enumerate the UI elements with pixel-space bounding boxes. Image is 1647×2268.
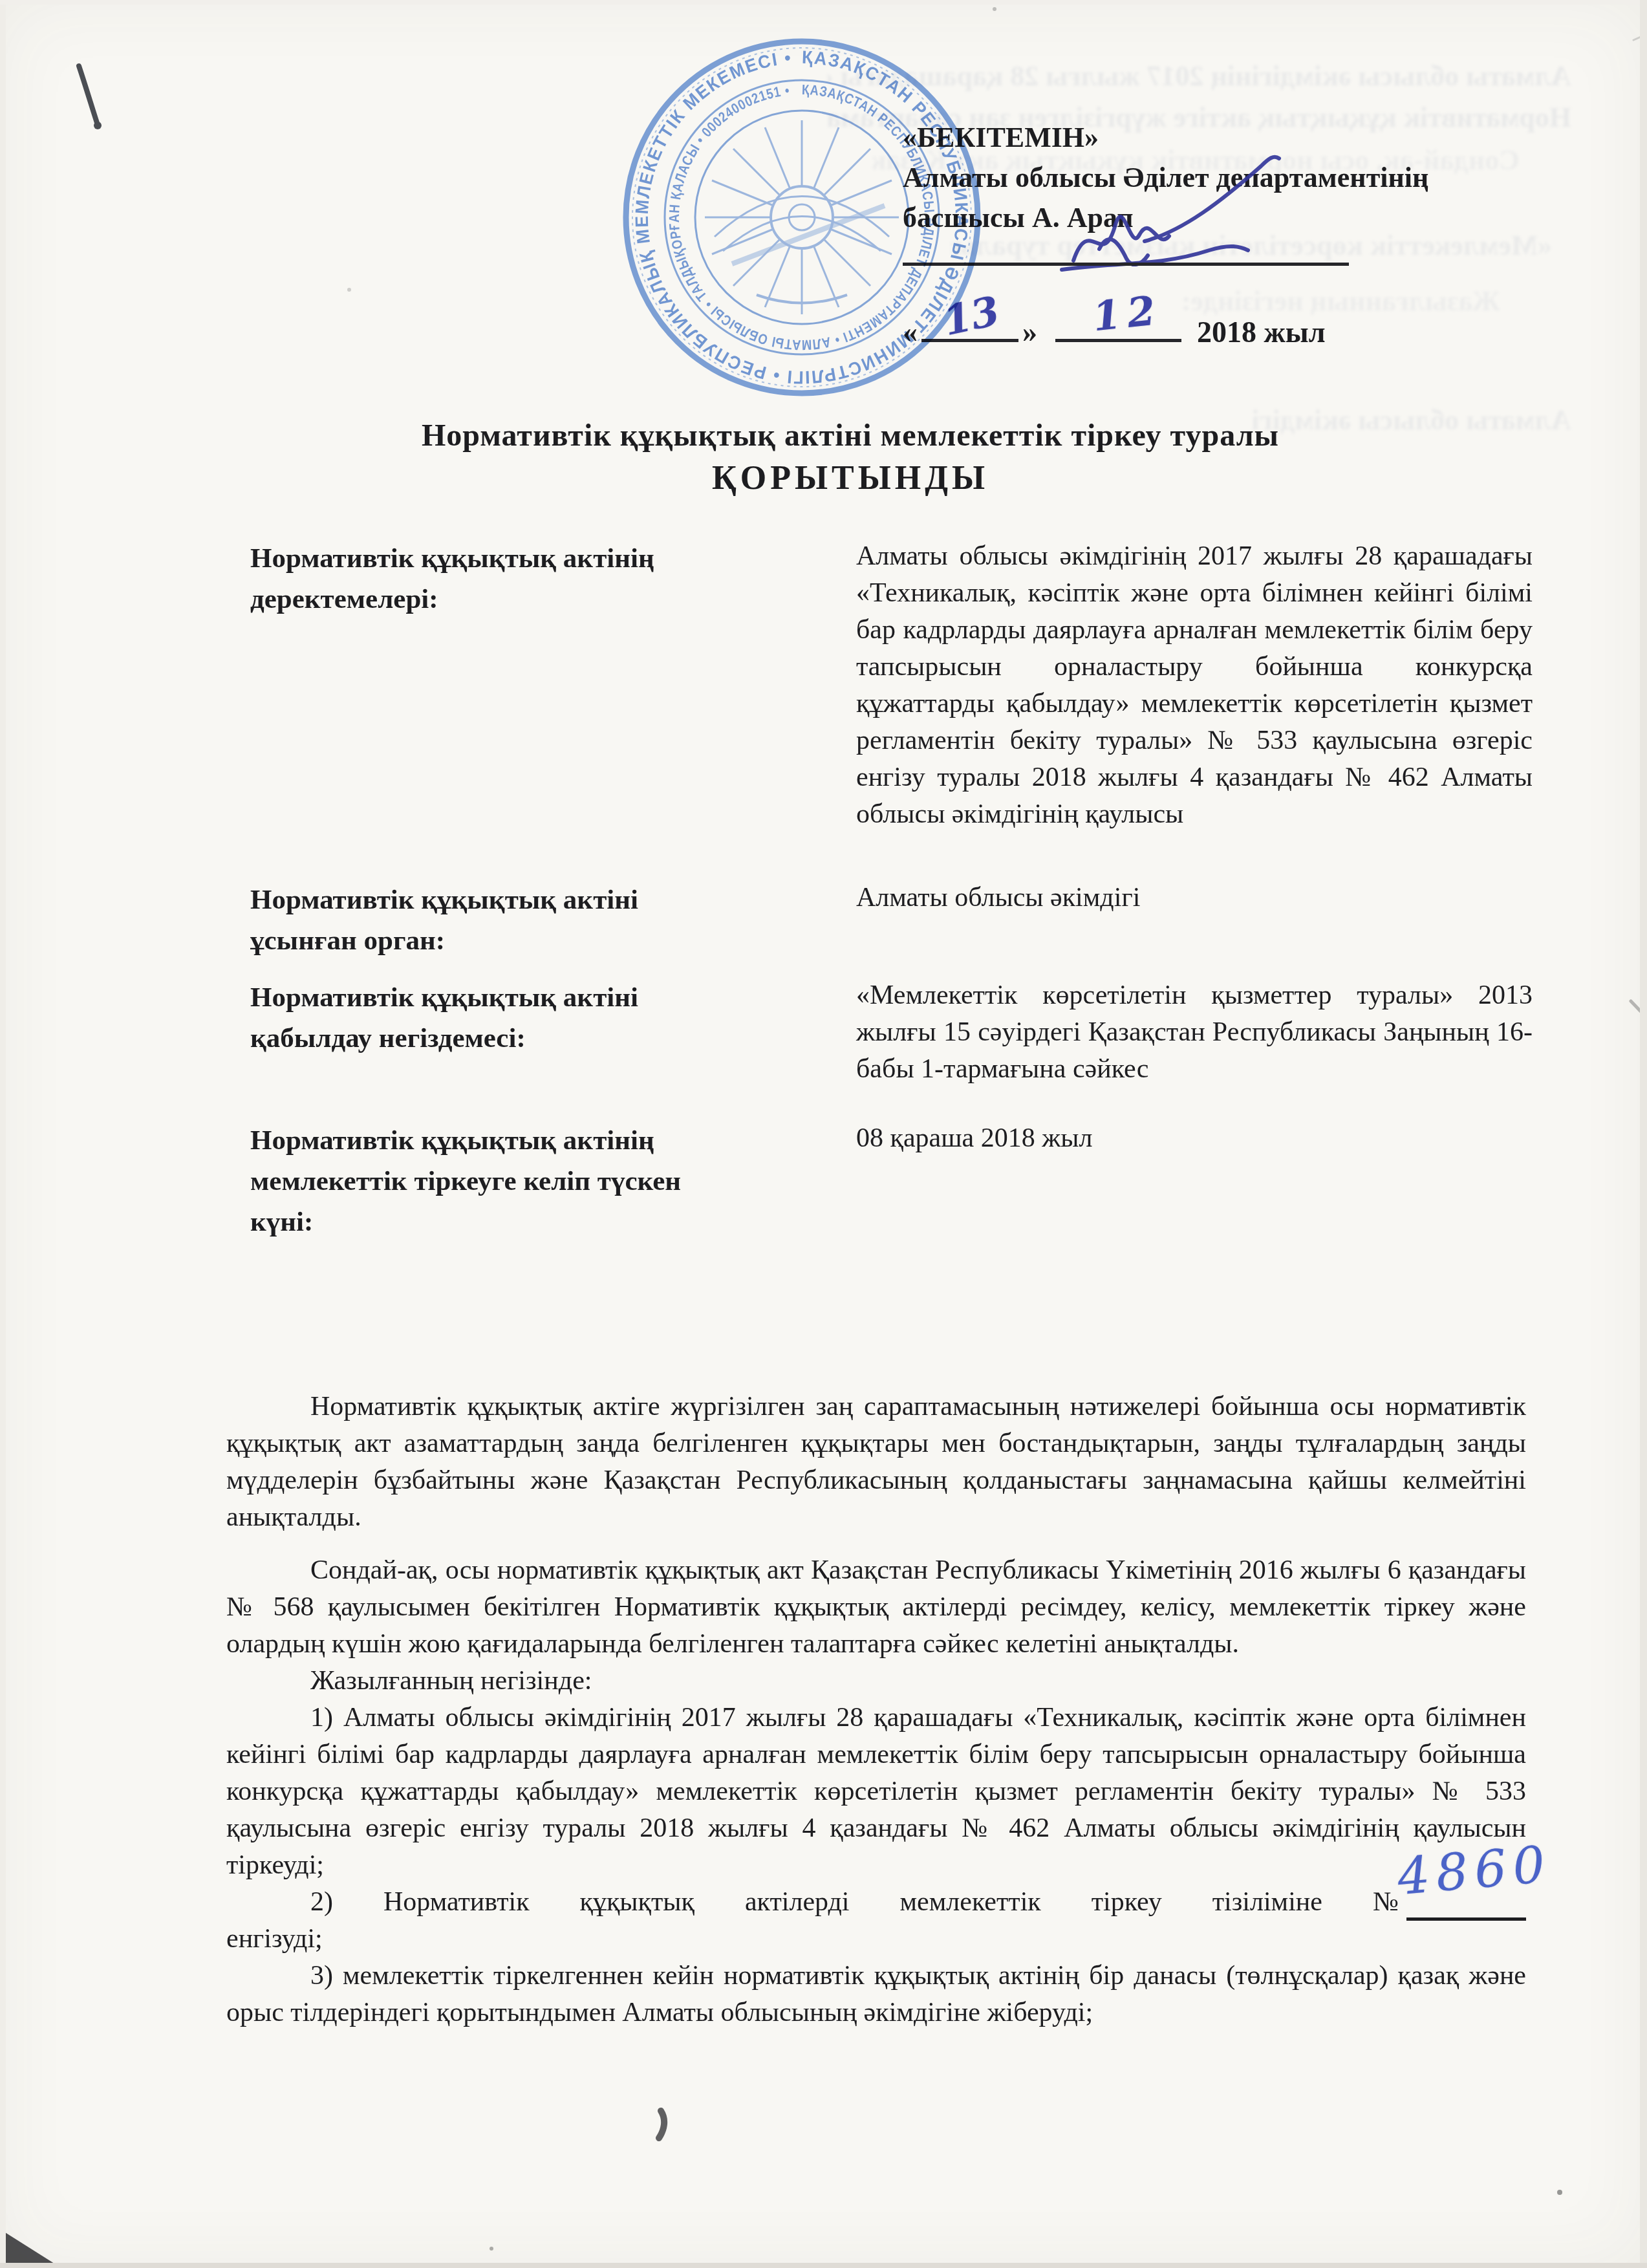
seal-emblem-icon bbox=[705, 120, 899, 314]
document-title-line1: Нормативтік құқықтық актіні мемлекеттік … bbox=[39, 417, 1647, 455]
row-label-line: күні: bbox=[250, 1202, 780, 1242]
scanner-edge bbox=[0, 0, 6, 2268]
date-month-blank: 12 bbox=[1055, 307, 1181, 342]
row-value: Алматы облысы әкімдігі bbox=[856, 880, 1533, 961]
scanner-edge bbox=[0, 0, 1647, 5]
paragraph: Сондай-ақ, осы нормативтік құқықтық акт … bbox=[226, 1552, 1526, 1663]
scanner-edge bbox=[1640, 0, 1647, 2268]
row-label-line: қабылдау негіздемесі: bbox=[250, 1018, 780, 1059]
row-value: Алматы облысы әкімдігінің 2017 жылғы 28 … bbox=[856, 538, 1533, 833]
paragraph: Нормативтік құқықтық актіге жүргізілген … bbox=[226, 1388, 1526, 1536]
row-label-line: мемлекеттік тіркеуге келіп түскен bbox=[250, 1161, 780, 1202]
row-label-line: Нормативтік құқықтық актінің bbox=[250, 538, 780, 579]
table-row: Нормативтік құқықтық актінің мемлекеттік… bbox=[250, 1120, 1533, 1242]
row-label-line: Нормативтік құқықтық актінің bbox=[250, 1120, 780, 1161]
registry-number-blank: 4860 bbox=[1406, 1884, 1526, 1921]
list-item-2-line: 2) Нормативтік құқықтық актілерді мемлек… bbox=[226, 1884, 1526, 1921]
document-title-line2: ҚОРЫТЫНДЫ bbox=[39, 460, 1647, 497]
row-value: 08 қараша 2018 жыл bbox=[856, 1120, 1533, 1242]
row-label: Нормативтік құқықтық актіні қабылдау нег… bbox=[250, 977, 780, 1088]
row-label-line: деректемелері: bbox=[250, 579, 780, 620]
row-label: Нормативтік құқықтық актіні ұсынған орга… bbox=[250, 880, 780, 961]
document-title: Нормативтік құқықтық актіні мемлекеттік … bbox=[39, 417, 1647, 497]
table-row: Нормативтік құқықтық актінің деректемеле… bbox=[250, 538, 1533, 833]
handwritten-month: 12 bbox=[1090, 286, 1163, 341]
table-row: Нормативтік құқықтық актіні қабылдау нег… bbox=[250, 977, 1533, 1088]
details-table: Нормативтік құқықтық актінің деректемеле… bbox=[250, 538, 1533, 1242]
scanner-edge bbox=[0, 2263, 1647, 2268]
date-quote-close: » bbox=[1022, 316, 1037, 349]
signature-scribble bbox=[989, 152, 1313, 291]
row-label: Нормативтік құқықтық актінің деректемеле… bbox=[250, 538, 780, 833]
date-year-label: 2018 жыл bbox=[1197, 316, 1326, 349]
scanned-legal-document-page: Алматы облысы әкімдігінің 2017 жылғы 28 … bbox=[0, 0, 1647, 2268]
list-item-1: 1) Алматы облысы әкімдігінің 2017 жылғы … bbox=[226, 1700, 1526, 1884]
list-item-2-suffix: енгізуді; bbox=[226, 1921, 1526, 1958]
row-label-line: Нормативтік құқықтық актіні bbox=[250, 977, 780, 1018]
row-label-line: Нормативтік құқықтық актіні bbox=[250, 880, 780, 920]
list-item-2-prefix: 2) Нормативтік құқықтық актілерді мемлек… bbox=[310, 1884, 1399, 1921]
document-body: Нормативтік құқықтық актіге жүргізілген … bbox=[226, 1388, 1526, 2031]
row-value: «Мемлекеттік көрсетілетін қызметтер тура… bbox=[856, 977, 1533, 1088]
row-label: Нормативтік құқықтық актінің мемлекеттік… bbox=[250, 1120, 780, 1242]
row-label-line: ұсынған орган: bbox=[250, 920, 780, 961]
paragraph: Жазылғанның негізінде: bbox=[226, 1663, 1526, 1700]
list-item-3: 3) мемлекеттік тіркелгеннен кейін нормат… bbox=[226, 1958, 1526, 2031]
table-row: Нормативтік құқықтық актіні ұсынған орга… bbox=[250, 880, 1533, 961]
handwritten-registry-number: 4860 bbox=[1396, 1846, 1553, 1897]
official-round-seal: ҚАЗАҚСТАН РЕСПУБЛИКАСЫ ӘДІЛЕТ МИНИСТРЛІГ… bbox=[608, 23, 996, 411]
